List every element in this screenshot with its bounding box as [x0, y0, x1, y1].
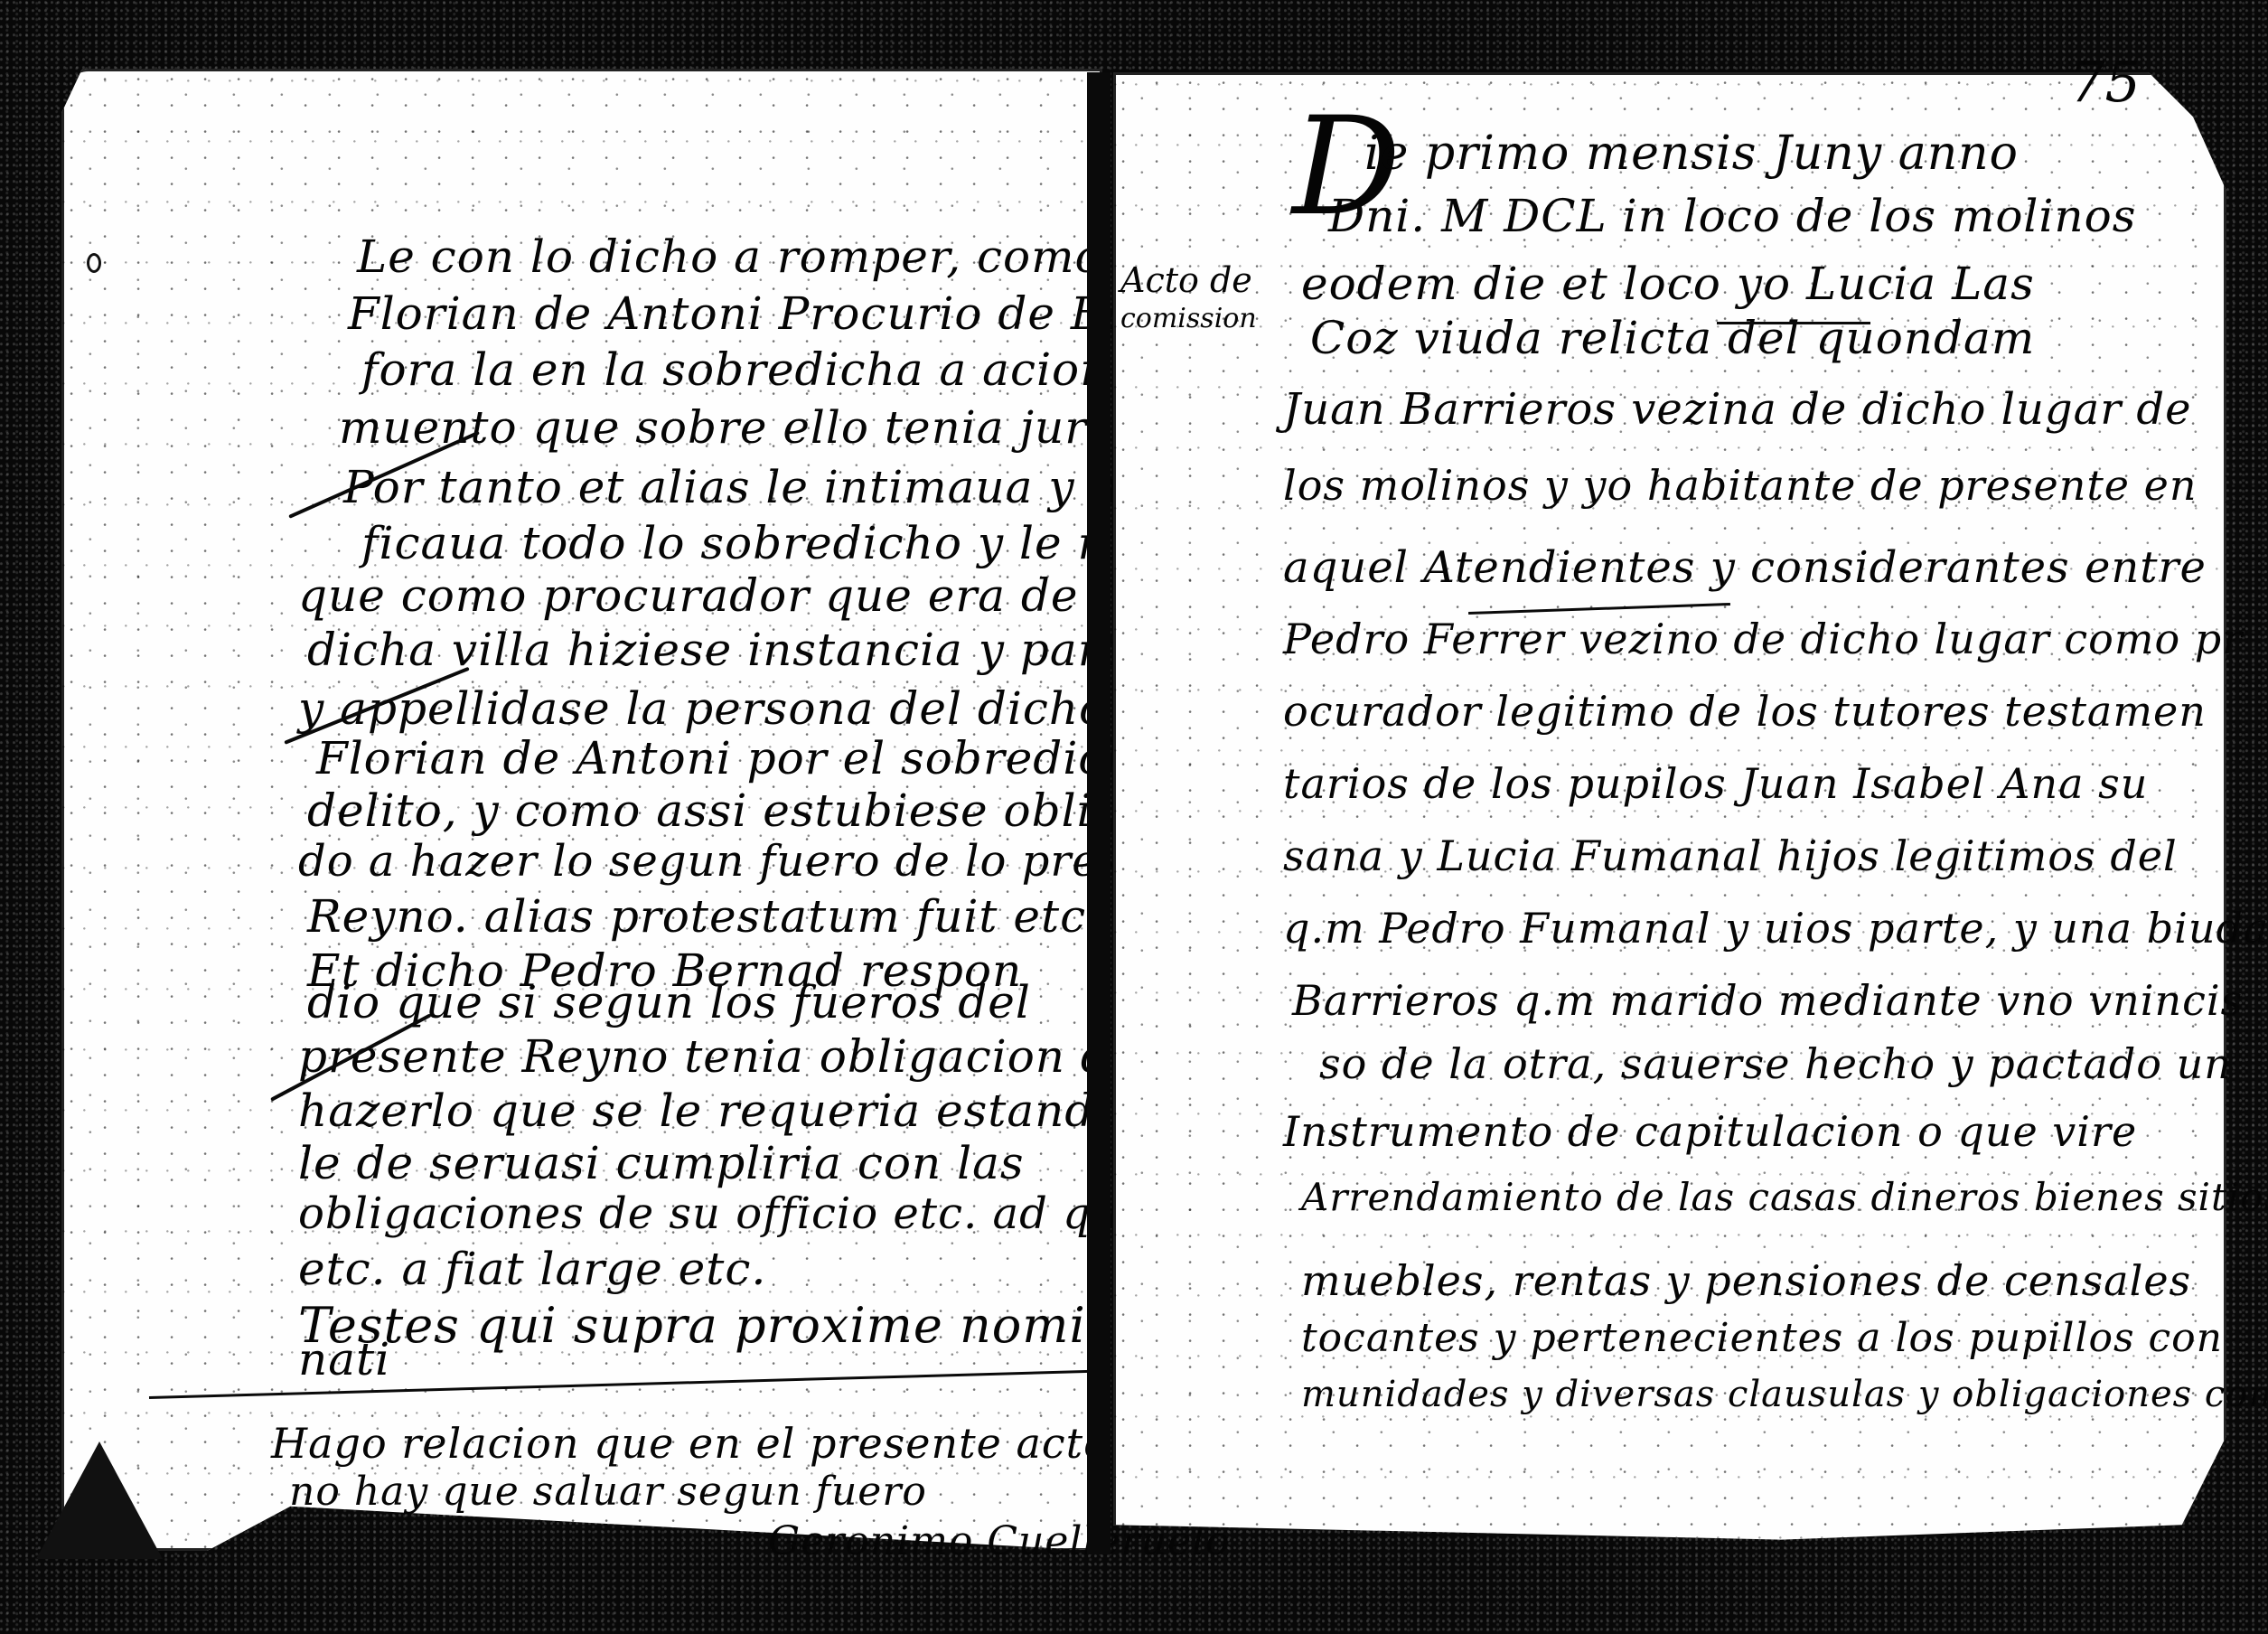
manuscript-line: ocurador legitimo de los tutores testame…	[1283, 687, 2207, 736]
manuscript-line: do a hazer lo segun fuero de lo presente	[298, 836, 1222, 887]
manuscript-line: Arrendamiento de las casas dineros biene…	[1301, 1175, 2268, 1219]
manuscript-line: Pedro Ferrer vezino de dicho lugar como …	[1283, 615, 2243, 663]
scan-shadow	[36, 1441, 163, 1559]
manuscript-line: los molinos y yo habitante de presente e…	[1283, 461, 2198, 510]
manuscript-line: delito, y como assi estubiese obligado	[307, 784, 1208, 837]
manuscript-line: que como procurador que era de	[298, 569, 1079, 622]
manuscript-line: tarios de los pupilos Juan Isabel Ana su	[1283, 759, 2148, 808]
ink-mark	[87, 253, 101, 273]
manuscript-line: so de la otra, sauerse hecho y pactado u…	[1319, 1039, 2232, 1088]
margin-note: Acto de	[1120, 260, 1252, 300]
manuscript-line: sana y Lucia Fumanal hijos legitimos del	[1283, 831, 2178, 880]
manuscript-line: ie primo mensis Juny anno	[1364, 127, 2019, 181]
folio-number: 75	[2069, 49, 2141, 115]
text-underline	[1717, 322, 1870, 324]
manuscript-line: Florian de Antoni por el sobredicho	[316, 732, 1163, 784]
book-gutter	[1087, 72, 1111, 1554]
manuscript-line: obligaciones de su officio etc. ad quibu…	[298, 1188, 1215, 1239]
footer-line: Hago relacion que en el presente acto	[271, 1419, 1110, 1468]
manuscript-line: muebles, rentas y pensiones de censales	[1301, 1256, 2191, 1305]
margin-note: comission	[1120, 303, 1257, 334]
manuscript-line: Juan Barrieros vezina de dicho lugar de	[1283, 384, 2192, 435]
manuscript-line: etc. a fiat large etc.	[298, 1243, 766, 1295]
manuscript-line: nati	[298, 1333, 390, 1385]
manuscript-line: eodem die et loco yo Lucia Las	[1301, 258, 2035, 310]
footer-line: no hay que saluar segun fuero	[289, 1469, 927, 1515]
manuscript-line: presente Reyno tenia obligacion de	[298, 1030, 1138, 1083]
manuscript-line: q.m Pedro Fumanal y uios parte, y una bi…	[1283, 904, 2268, 953]
manuscript-line: Por tanto et alias le intimaua y noti	[343, 461, 1183, 513]
manuscript-line: dicha villa hiziese instancia y parte	[307, 624, 1147, 676]
manuscript-line: hazerlo que se le requeria estando	[298, 1085, 1123, 1137]
manuscript-line: Testes qui supra proxime nomi	[298, 1297, 1086, 1354]
manuscript-line: Instrumento de capitulacion o que vire	[1283, 1107, 2137, 1156]
manuscript-line: le de seruasi cumpliria con las	[298, 1137, 1025, 1189]
manuscript-line: tocantes y pertenecientes a los pupillos…	[1301, 1315, 2223, 1361]
manuscript-line: muento que sobre ello tenia jurado.	[339, 401, 1187, 454]
manuscript-line: Dni. M DCL in loco de los molinos	[1328, 190, 2136, 242]
manuscript-line: aquel Atendientes y considerantes entre	[1283, 542, 2207, 593]
manuscript-line: Reyno. alias protestatum fuit etc.	[307, 890, 1101, 943]
manuscript-line: Barrieros q.m marido mediante vno vninci…	[1292, 976, 2243, 1025]
manuscript-line: munidades y diversas clausulas y obligac…	[1301, 1374, 2268, 1415]
manuscript-line: Coz viuda relicta del quondam	[1310, 312, 2035, 364]
